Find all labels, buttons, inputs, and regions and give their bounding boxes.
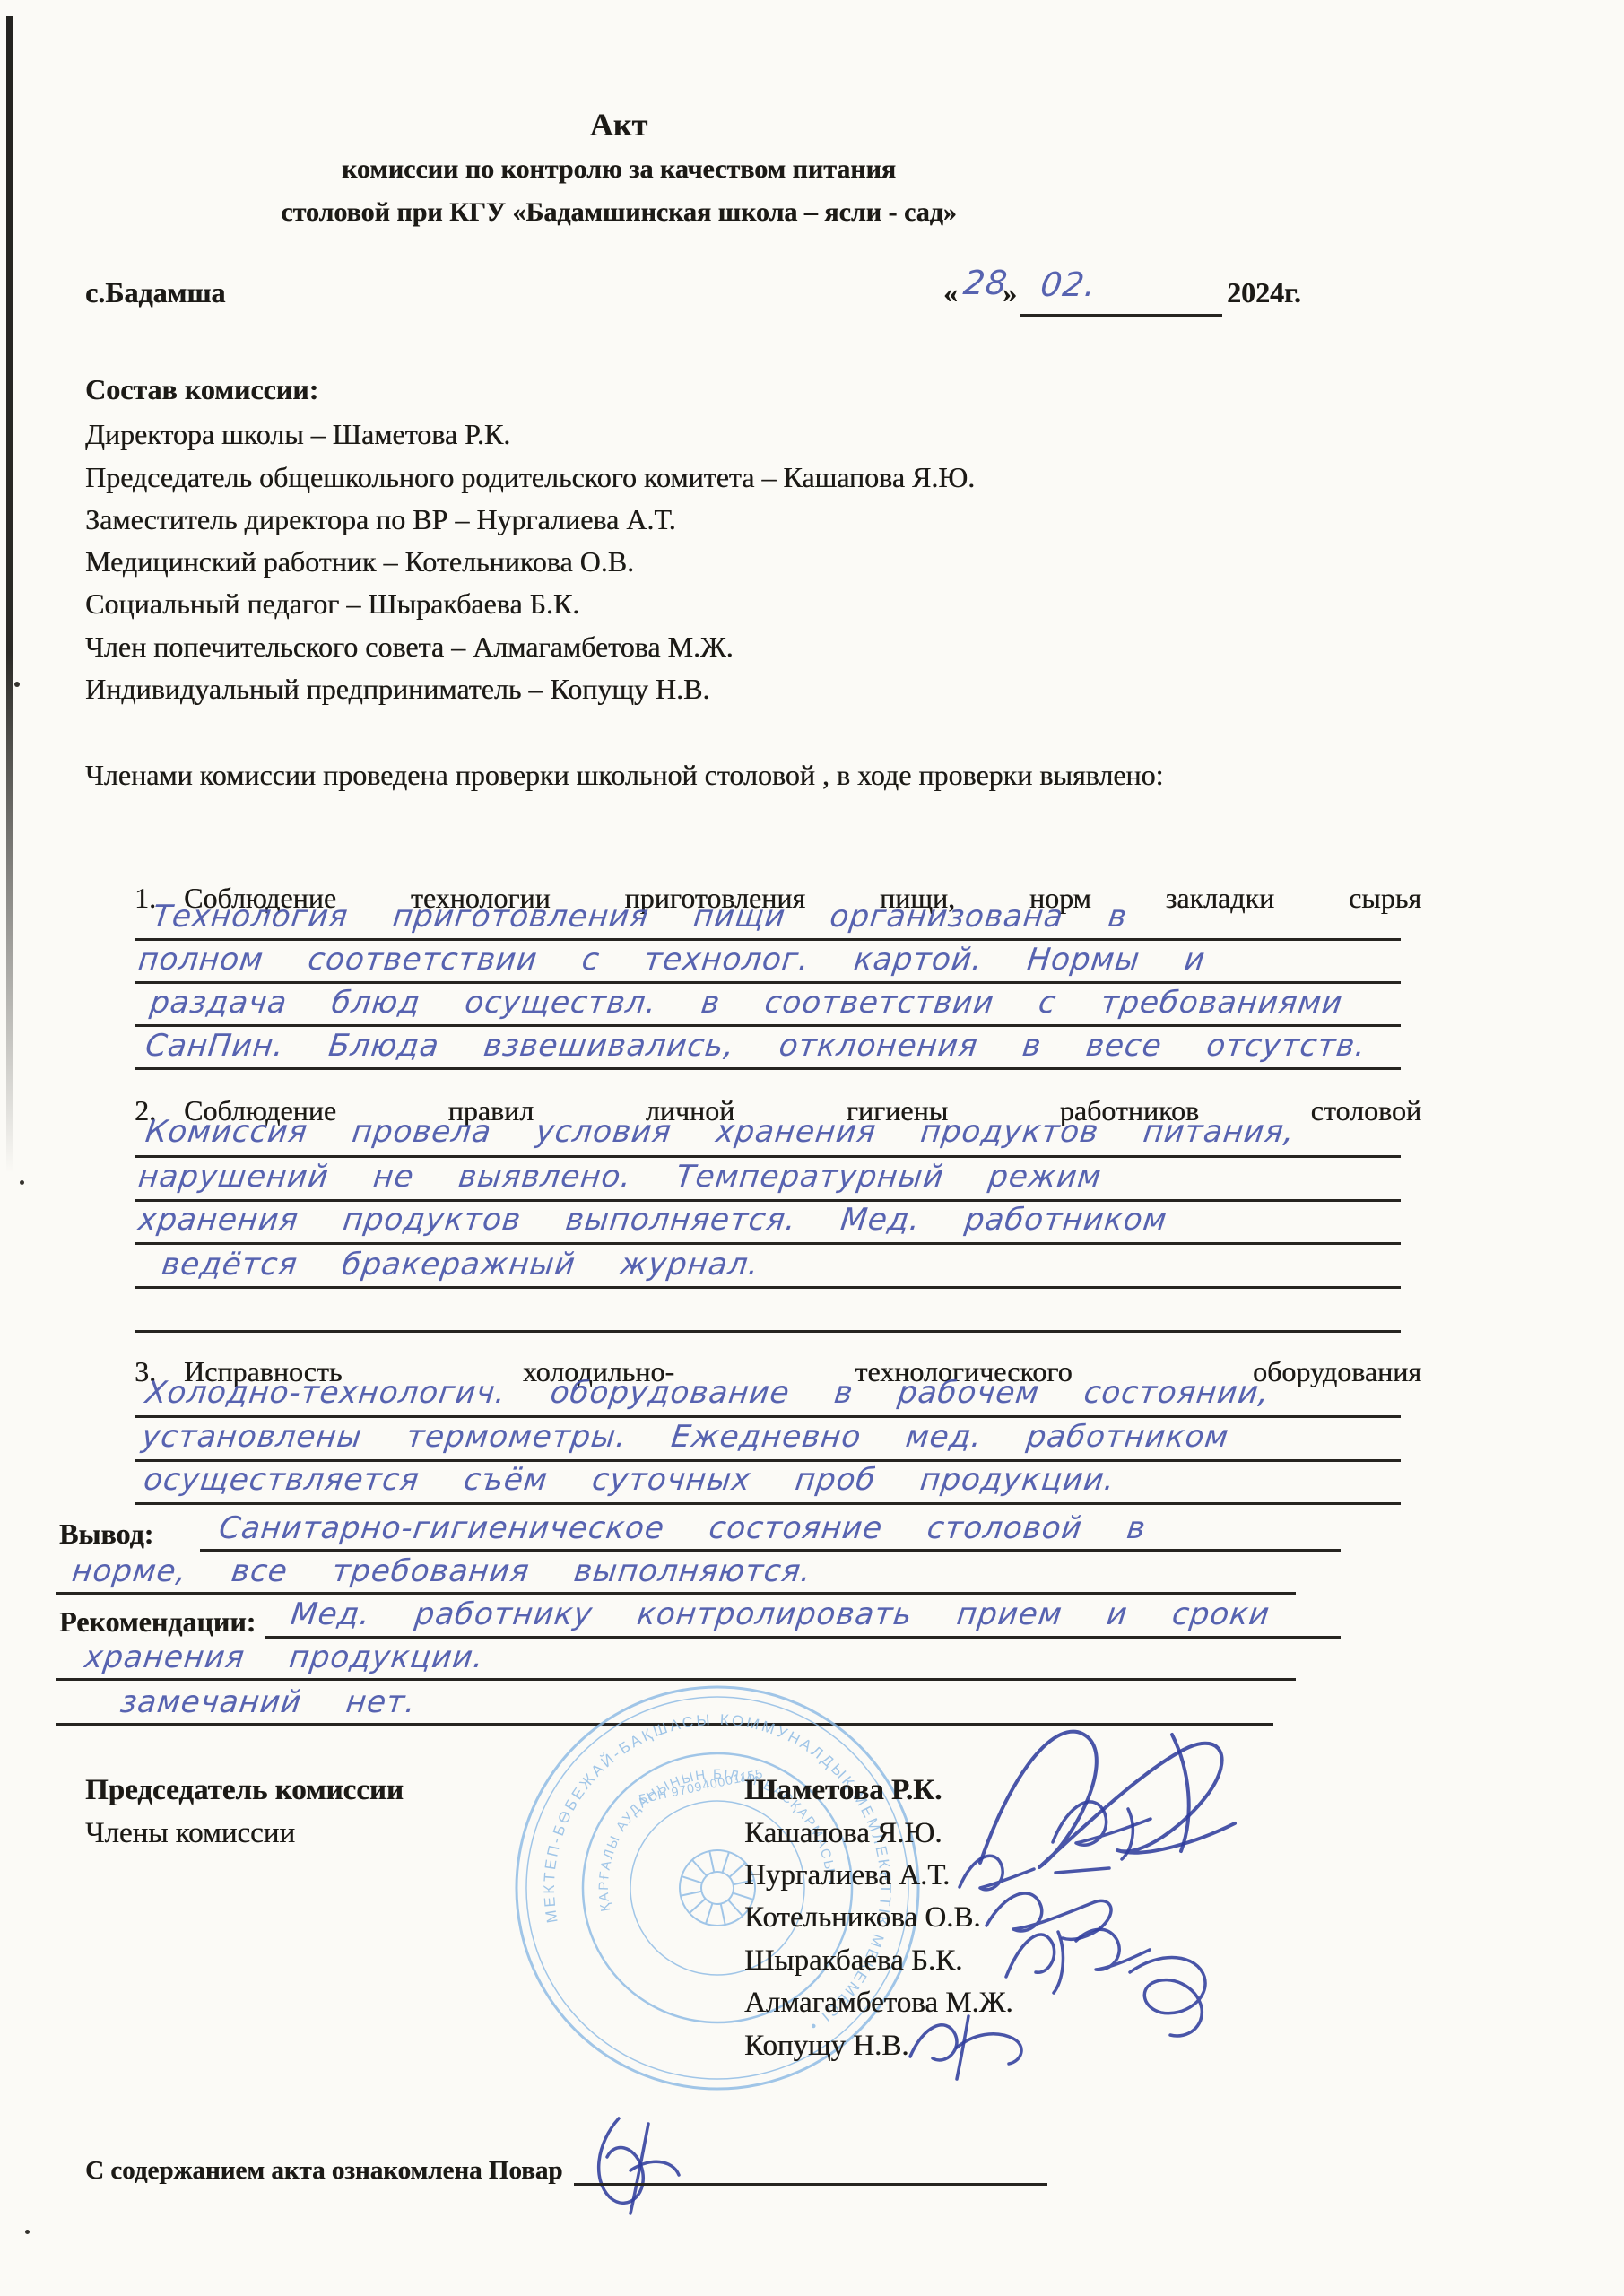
item-1-handwriting-line: Технология приготовления пищи организова… xyxy=(151,899,1129,935)
document-title: Акт xyxy=(85,106,1152,143)
commission-heading: Состав комиссии: xyxy=(85,373,318,406)
commission-member: Заместитель директора по ВР – Нургалиева… xyxy=(85,503,676,536)
item-2-handwriting-line: хранения продуктов выполняется. Мед. раб… xyxy=(136,1202,1169,1238)
signature-name: Нургалиева А.Т. xyxy=(744,1859,950,1892)
recommendations-handwriting-line: Мед. работнику контролировать прием и ср… xyxy=(289,1596,1272,1632)
conclusion-handwriting-line: Санитарно-гигиеническое состояние столов… xyxy=(217,1510,1148,1546)
intro-paragraph: Членами комиссии проведена проверки школ… xyxy=(85,759,1163,792)
ruled-line xyxy=(135,1286,1401,1289)
ruled-line xyxy=(135,938,1401,941)
date-month-handwritten: 02. xyxy=(1038,265,1099,304)
ruled-line xyxy=(135,981,1401,984)
signature-name: Кашапова Я.Ю. xyxy=(744,1817,942,1850)
recommendations-label: Рекомендации: xyxy=(59,1605,256,1639)
item-2-handwriting-line: Комиссия провела условия хранения продук… xyxy=(143,1114,1297,1150)
conclusion-label: Вывод: xyxy=(59,1518,153,1551)
signature-name: Котельникова О.В. xyxy=(744,1901,981,1935)
signature-povar xyxy=(578,2106,704,2221)
item-1-handwriting-line: полном соответствии с технолог. картой. … xyxy=(136,942,1208,978)
date-quote-open: « xyxy=(943,276,958,309)
item-3-handwriting-line: осуществляется съём суточных проб продук… xyxy=(142,1462,1117,1498)
conclusion-handwriting-line: норме, все требования выполняются. xyxy=(70,1553,813,1589)
members-label: Члены комиссии xyxy=(85,1817,295,1850)
date-year: 2024г. xyxy=(1227,276,1301,309)
ruled-line xyxy=(135,1155,1401,1158)
ruled-line xyxy=(56,1592,1296,1595)
scan-speck xyxy=(14,682,20,687)
ruled-line xyxy=(200,1549,1341,1552)
ruled-line xyxy=(135,1415,1401,1418)
item-3-handwriting-line: установлены термометры. Ежедневно мед. р… xyxy=(140,1419,1231,1455)
date-underline xyxy=(1020,314,1222,317)
signature-name: Шыракбаева Б.К. xyxy=(744,1944,962,1978)
item-2-handwriting-line: нарушений не выявлено. Температурный реж… xyxy=(136,1159,1104,1195)
place-name: с.Бадамша xyxy=(85,276,225,309)
commission-member: Директора школы – Шаметова Р.К. xyxy=(85,418,510,451)
item-3-handwriting-line: Холодно-технологич. оборудование в рабоч… xyxy=(143,1375,1272,1411)
commission-member: Медицинский работник – Котельникова О.В. xyxy=(85,545,634,578)
commission-member: Индивидуальный предприниматель – Копущу … xyxy=(85,673,709,706)
signature-kopushchu xyxy=(892,2002,1036,2084)
scanned-document-page: Акт комиссии по контролю за качеством пи… xyxy=(0,0,1624,2296)
date-quote-close: » xyxy=(1003,276,1017,309)
signature-almagambetova xyxy=(1107,1944,1224,2045)
acknowledgement-underline xyxy=(574,2183,1047,2186)
ruled-line xyxy=(135,1242,1401,1245)
document-subtitle-2: столовой при КГУ «Бадамшинская школа – я… xyxy=(85,197,1152,228)
item-2-handwriting-line: ведётся бракеражный журнал. xyxy=(160,1247,761,1283)
document-subtitle-1: комиссии по контролю за качеством питани… xyxy=(85,154,1152,185)
signature-name: Шаметова Р.К. xyxy=(744,1774,942,1807)
signature-name: Копущу Н.В. xyxy=(744,2030,909,2063)
ruled-line xyxy=(135,1067,1401,1070)
commission-member: Член попечительского совета – Алмагамбет… xyxy=(85,631,734,664)
commission-member: Социальный педагог – Шыракбаева Б.К. xyxy=(85,587,579,621)
chair-label: Председатель комиссии xyxy=(85,1774,404,1807)
scan-speck xyxy=(25,2230,30,2234)
recommendations-handwriting-line: замечаний нет. xyxy=(118,1684,418,1720)
ruled-line xyxy=(265,1636,1341,1639)
scan-speck xyxy=(20,1180,24,1185)
ruled-line xyxy=(135,1502,1401,1505)
recommendations-handwriting-line: хранения продукции. xyxy=(83,1639,486,1675)
scan-edge-shadow xyxy=(6,16,13,1173)
item-1-handwriting-line: СанПин. Блюда взвешивались, отклонения в… xyxy=(143,1028,1368,1064)
commission-member: Председатель общешкольного родительского… xyxy=(85,461,975,494)
ruled-line xyxy=(135,1024,1401,1027)
item-1-handwriting-line: раздача блюд осуществл. в соответствии с… xyxy=(148,985,1345,1021)
acknowledgement-text: С содержанием акта ознакомлена Повар xyxy=(85,2156,562,2186)
ruled-line xyxy=(135,1330,1401,1333)
